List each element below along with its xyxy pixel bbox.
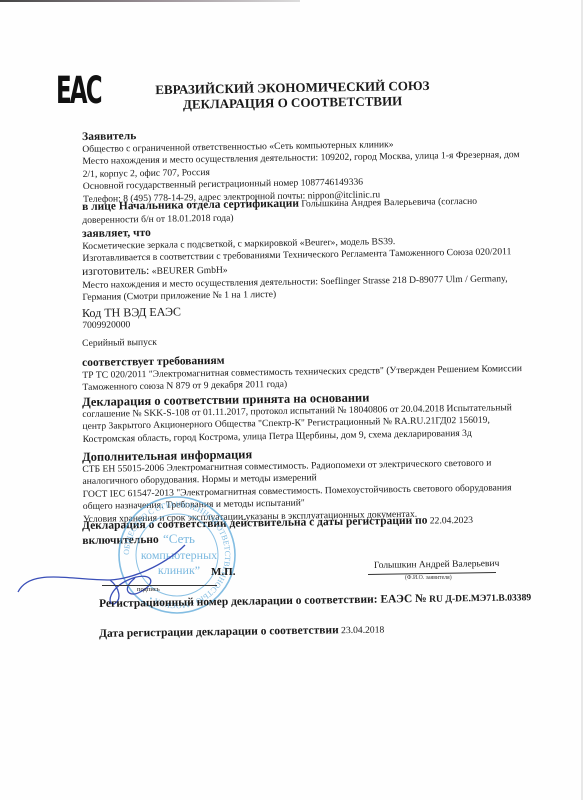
registration-date: Дата регистрации декларации о соответств…	[99, 624, 384, 642]
validity-date: 22.04.2023	[430, 515, 473, 527]
representative-name: Голышкина Андрея Валерьевича (согласно	[301, 196, 477, 210]
applicant-section: Заявитель Общество с ограниченной ответс…	[82, 124, 520, 206]
declaration-page: EAC ЕВРАЗИЙСКИЙ ЭКОНОМИЧЕСКИЙ СОЮЗ ДЕКЛА…	[0, 0, 583, 800]
registration-date-label: Дата регистрации декларации о соответств…	[99, 624, 339, 640]
manufacturer-label: изготовитель:	[82, 265, 149, 278]
scan-edge	[0, 0, 300, 2]
eac-logo: EAC	[56, 72, 101, 109]
registration-date-value: 23.04.2018	[341, 625, 384, 637]
hs-code-label: Код ТН ВЭД ЕАЭС	[82, 305, 181, 319]
declares-section: заявляет, что Косметические зеркала с по…	[82, 221, 511, 265]
applicant-signatory-name: Голышкин Андрей Валерьевич	[374, 559, 499, 571]
production-type: Серийный выпуск	[82, 337, 157, 351]
manufacturer-section: изготовитель: «BEURER GmbH» Место нахожд…	[82, 259, 508, 304]
document-title: ДЕКЛАРАЦИЯ О СООТВЕТСТВИИ	[150, 93, 435, 112]
hs-code-section: Код ТН ВЭД ЕАЭС 7009920000	[82, 305, 181, 332]
complies-section: соответствует требованиям ТР ТС 020/2011…	[82, 350, 522, 394]
name-caption: (Ф.И.О. заявителя)	[405, 575, 452, 581]
basis-section: Декларация о соответствии принята на осн…	[82, 389, 512, 446]
representative-heading: в лице Начальника отдела сертификации	[82, 198, 299, 213]
registration-number-value: RU Д-DE.МЭ71.В.03389	[429, 592, 531, 605]
document-header: ЕВРАЗИЙСКИЙ ЭКОНОМИЧЕСКИЙ СОЮЗ ДЕКЛАРАЦИ…	[150, 78, 435, 112]
manufacturer-name: «BEURER GmbH»	[152, 265, 228, 277]
seal-place-label: М.П.	[211, 566, 235, 578]
signature-caption: подпись	[137, 586, 160, 593]
hs-code-value: 7009920000	[82, 318, 181, 332]
